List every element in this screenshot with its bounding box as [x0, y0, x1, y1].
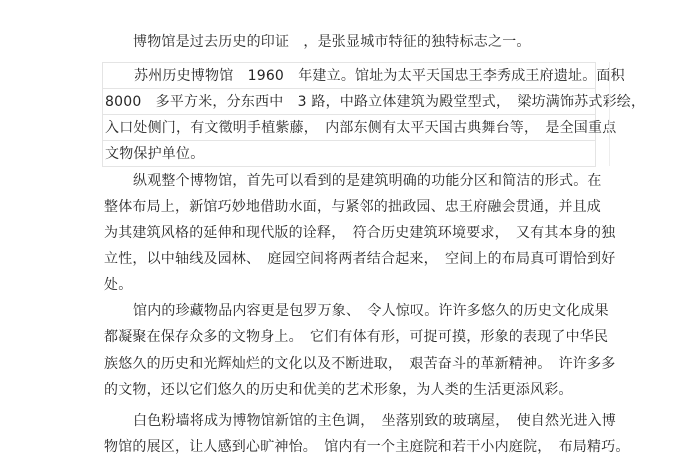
paragraph-line: 为其建筑风格的延伸和现代版的诠释， 符合历史建筑环境要求， 又有其本身的独	[104, 224, 594, 242]
paragraph-line: 的文物，还以它们悠久的历史和优美的艺术形象，为人类的生活更添风彩。	[104, 381, 594, 399]
boxed-line-text: 8000 多平方米，分东西中 3 路，中路立体建筑为殿堂型式， 梁坊满饰苏式彩绘…	[105, 93, 645, 111]
boxed-line-text: 苏州历史博物馆 1960 年建立。馆址为太平天国忠王李秀成王府遗址。面积	[134, 67, 625, 85]
boxed-line-text: 文物保护单位。	[105, 145, 204, 163]
paragraph-line: 都凝聚在保存众多的文物身上。 它们有体有形，可捉可摸，形象的表现了中华民	[104, 328, 594, 346]
boxed-paragraph: 苏州历史博物馆 1960 年建立。馆址为太平天国忠王李秀成王府遗址。面积 800…	[102, 62, 596, 167]
paragraph-line: 白色粉墙将成为博物馆新馆的主色调， 坐落别致的玻璃屋， 使自然光进入博	[133, 412, 593, 430]
right-divider	[609, 62, 610, 166]
paragraph-line: 馆内的珍藏物品内容更是包罗万象、 令人惊叹。许许多悠久的历史文化成果	[133, 302, 593, 320]
paragraph-line: 族悠久的历史和光辉灿烂的文化以及不断进取， 艰苦奋斗的革新精神。 许许多多	[104, 355, 594, 373]
boxed-line: 文物保护单位。	[103, 141, 595, 167]
intro-line: 博物馆是过去历史的印证 ，是张显城市特征的独特标志之一。	[133, 33, 593, 51]
boxed-line-text: 入口处侧门，有文徵明手植紫藤， 内部东侧有太平天国古典舞台等， 是全国重点	[105, 119, 616, 137]
paragraph-line: 立性，以中轴线及园林、 庭园空间将两者结合起来， 空间上的布局真可谓恰到好	[104, 250, 594, 268]
boxed-line: 苏州历史博物馆 1960 年建立。馆址为太平天国忠王李秀成王府遗址。面积	[103, 63, 595, 89]
paragraph-line: 整体布局上，新馆巧妙地借助水面，与紧邻的拙政园、忠王府融会贯通，并且成	[104, 198, 594, 216]
paragraph-line: 处。	[104, 276, 594, 294]
boxed-line: 8000 多平方米，分东西中 3 路，中路立体建筑为殿堂型式， 梁坊满饰苏式彩绘…	[103, 89, 595, 115]
document-page: 博物馆是过去历史的印证 ，是张显城市特征的独特标志之一。 苏州历史博物馆 196…	[0, 0, 700, 470]
boxed-line: 入口处侧门，有文徵明手植紫藤， 内部东侧有太平天国古典舞台等， 是全国重点	[103, 115, 595, 141]
paragraph-line: 纵观整个博物馆，首先可以看到的是建筑明确的功能分区和简洁的形式。在	[133, 172, 593, 190]
paragraph-line: 物馆的展区，让人感到心旷神怡。 馆内有一个主庭院和若干小内庭院， 布局精巧。	[104, 438, 594, 456]
